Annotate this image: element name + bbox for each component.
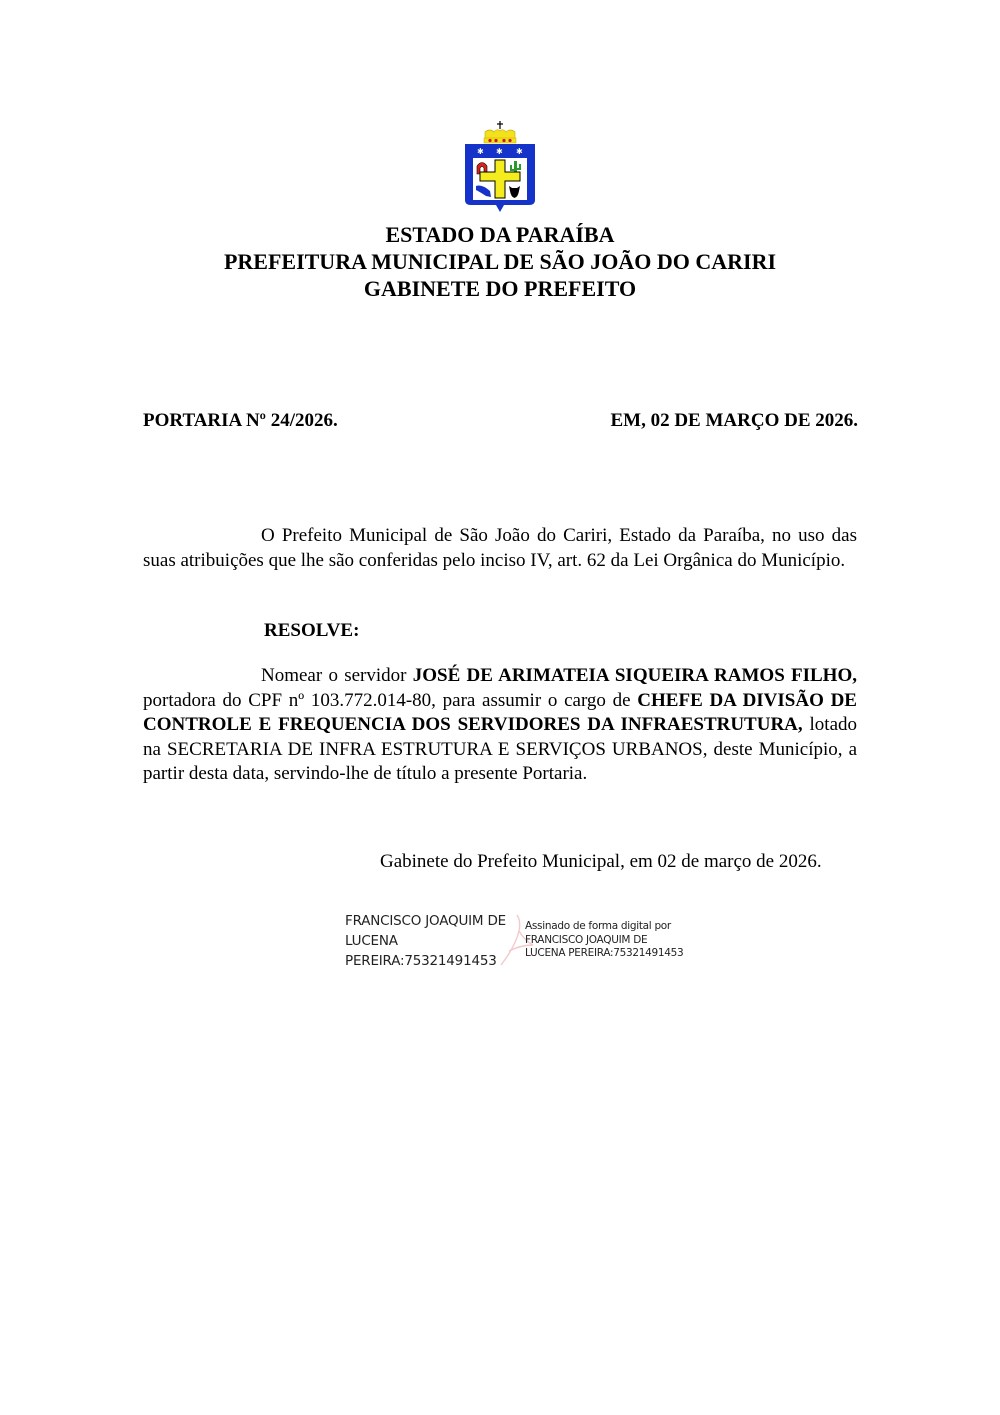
signature-details: Assinado de forma digital por FRANCISCO … — [525, 920, 683, 961]
document-header: ESTADO DA PARAÍBA PREFEITURA MUNICIPAL D… — [0, 221, 1000, 302]
svg-text:✱: ✱ — [516, 147, 523, 156]
ordinance-meta: PORTARIA Nº 24/2026. EM, 02 DE MARÇO DE … — [143, 409, 858, 433]
resolve-heading: RESOLVE: — [264, 619, 359, 643]
preamble-text: O Prefeito Municipal de São João do Cari… — [143, 525, 857, 571]
appointment-paragraph: Nomear o servidor JOSÉ DE ARIMATEIA SIQU… — [143, 664, 857, 787]
appointment-intro: Nomear o servidor — [261, 665, 413, 686]
state-name: ESTADO DA PARAÍBA — [0, 221, 1000, 248]
signer-name: FRANCISCO JOAQUIM DE LUCENA PEREIRA:7532… — [345, 911, 506, 971]
document-page: ✱ ✱ ✱ ESTADO DA PARAÍBA PREFEITURA MUNIC… — [0, 0, 1000, 1415]
digital-signature: FRANCISCO JOAQUIM DE LUCENA PEREIRA:7532… — [345, 911, 715, 971]
appointment-cpf-text: portadora do CPF nº 103.772.014-80, para… — [143, 690, 637, 711]
office-name: GABINETE DO PREFEITO — [0, 275, 1000, 302]
preamble-paragraph: O Prefeito Municipal de São João do Cari… — [143, 524, 857, 573]
ordinance-number: PORTARIA Nº 24/2026. — [143, 409, 338, 433]
municipal-coat-of-arms-icon: ✱ ✱ ✱ — [460, 118, 540, 218]
closing-line: Gabinete do Prefeito Municipal, em 02 de… — [380, 850, 822, 874]
ordinance-date: EM, 02 DE MARÇO DE 2026. — [610, 409, 858, 433]
svg-text:✱: ✱ — [496, 147, 503, 156]
appointee-name: JOSÉ DE ARIMATEIA SIQUEIRA RAMOS FILHO, — [413, 665, 857, 686]
svg-text:✱: ✱ — [477, 147, 484, 156]
municipality-name: PREFEITURA MUNICIPAL DE SÃO JOÃO DO CARI… — [0, 248, 1000, 275]
